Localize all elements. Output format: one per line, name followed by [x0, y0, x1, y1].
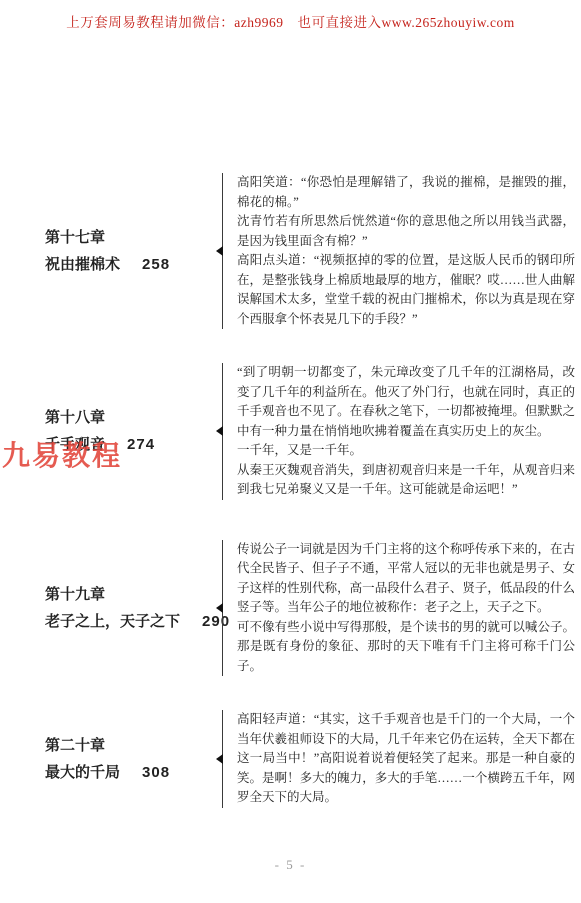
chapter-page-number: 258: [142, 256, 170, 273]
divider-line: [222, 710, 223, 808]
excerpt-paragraph: 高阳点头道：“视频抠掉的零的位置，是这版人民币的钢印所在，是整张钱身上棉质地最厚…: [237, 251, 575, 329]
chapter-title-line: 祝由摧棉术258: [45, 251, 214, 278]
left-arrow-icon: [216, 603, 223, 613]
document-page: 上万套周易教程请加微信：azh9969 也可直接进入www.265zhouyiw…: [0, 0, 581, 903]
chapter-title-line: 最大的千局308: [45, 759, 214, 786]
chapter-title: 老子之上，天子之下: [45, 613, 180, 630]
page-number: - 5 -: [0, 857, 581, 873]
chapter-excerpt: “到了明朝一切都变了，朱元璋改变了几千年的江湖格局，改变了几千年的利益所在。他灭…: [223, 363, 581, 500]
divider-line: [222, 173, 223, 329]
excerpt-paragraph: 高阳笑道：“你恐怕是理解错了，我说的摧棉，是摧毁的摧，棉花的棉。”: [237, 173, 575, 212]
red-watermark-text: 九易教程: [2, 434, 122, 474]
chapter-excerpt: 高阳轻声道：“其实，这千手观音也是千门的一个大局，一个当年伏羲祖师设下的大局，几…: [223, 710, 581, 808]
left-arrow-icon: [216, 246, 223, 256]
excerpt-paragraph: 从秦王灭魏观音消失，到唐初观音归来是一千年，从观音归来到我七兄弟聚义又是一千年。…: [237, 461, 575, 500]
excerpt-paragraph: 高阳轻声道：“其实，这千手观音也是千门的一个大局，一个当年伏羲祖师设下的大局，几…: [237, 710, 575, 808]
chapter-number: 第十八章: [45, 404, 214, 431]
chapter-heading: 第十七章 祝由摧棉术258: [0, 224, 222, 278]
excerpt-paragraph: 沈青竹若有所思然后恍然道“你的意思他之所以用钱当武器，是因为钱里面含有棉？”: [237, 212, 575, 251]
chapter-page-number: 308: [142, 764, 170, 781]
chapter-number: 第十七章: [45, 224, 214, 251]
excerpt-paragraph: 传说公子一词就是因为千门主将的这个称呼传承下来的，在古代全民皆子、但子子不通，平…: [237, 540, 575, 618]
toc-entry-chapter-18: 第十八章 千手观音274 “到了明朝一切都变了，朱元璋改变了几千年的江湖格局，改…: [0, 363, 581, 500]
chapter-page-number: 274: [127, 436, 155, 453]
chapter-excerpt: 传说公子一词就是因为千门主将的这个称呼传承下来的，在古代全民皆子、但子子不通，平…: [223, 540, 581, 677]
divider-line: [222, 540, 223, 677]
chapter-title: 祝由摧棉术: [45, 256, 120, 273]
left-arrow-icon: [216, 754, 223, 764]
chapter-excerpt: 高阳笑道：“你恐怕是理解错了，我说的摧棉，是摧毁的摧，棉花的棉。” 沈青竹若有所…: [223, 173, 581, 329]
chapter-heading: 第十九章 老子之上，天子之下290: [0, 581, 222, 635]
toc-entry-chapter-17: 第十七章 祝由摧棉术258 高阳笑道：“你恐怕是理解错了，我说的摧棉，是摧毁的摧…: [0, 173, 581, 329]
left-arrow-icon: [216, 426, 223, 436]
excerpt-paragraph: 一千年，又是一千年。: [237, 441, 575, 461]
chapter-heading: 第二十章 最大的千局308: [0, 732, 222, 786]
excerpt-paragraph: “到了明朝一切都变了，朱元璋改变了几千年的江湖格局，改变了几千年的利益所在。他灭…: [237, 363, 575, 441]
excerpt-paragraph: 可不像有些小说中写得那般，是个读书的男的就可以喊公子。那是既有身份的象征、那时的…: [237, 618, 575, 677]
header-promo-text: 上万套周易教程请加微信：azh9969 也可直接进入www.265zhouyiw…: [0, 11, 581, 31]
chapter-title: 最大的千局: [45, 764, 120, 781]
table-of-contents: 第十七章 祝由摧棉术258 高阳笑道：“你恐怕是理解错了，我说的摧棉，是摧毁的摧…: [0, 173, 581, 808]
chapter-number: 第十九章: [45, 581, 214, 608]
chapter-number: 第二十章: [45, 732, 214, 759]
chapter-title-line: 老子之上，天子之下290: [45, 608, 214, 635]
divider-line: [222, 363, 223, 500]
toc-entry-chapter-19: 第十九章 老子之上，天子之下290 传说公子一词就是因为千门主将的这个称呼传承下…: [0, 540, 581, 677]
toc-entry-chapter-20: 第二十章 最大的千局308 高阳轻声道：“其实，这千手观音也是千门的一个大局，一…: [0, 710, 581, 808]
